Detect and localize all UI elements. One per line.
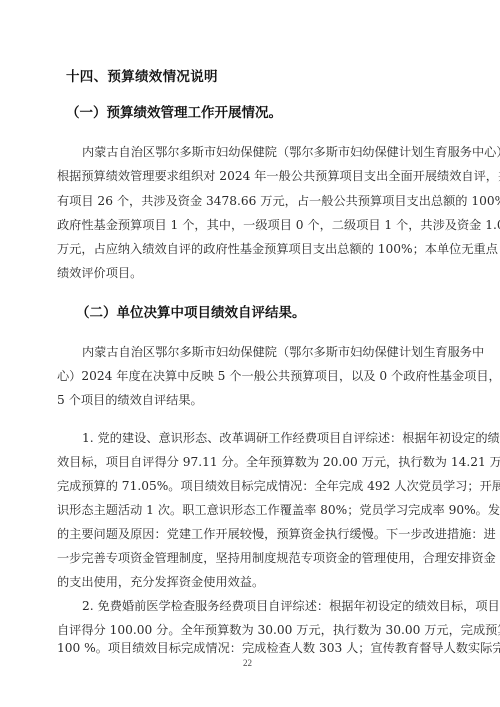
paragraph-line: 政府性基金预算项目 1 个，其中，一级项目 0 个，二级项目 1 个，共涉及资金… bbox=[57, 217, 445, 233]
item-1-line: 完成预算的 71.05%。项目绩效目标完成情况：全年完成 492 人次党员学习；… bbox=[57, 478, 445, 494]
subsection-heading-1: （一）预算绩效管理工作开展情况。 bbox=[66, 101, 282, 121]
section-title: 十四、预算绩效情况说明 bbox=[66, 65, 218, 85]
item-1-line: 的主要问题及原因：党建工作开展较慢，预算资金执行缓慢。下一步改进措施：进 bbox=[57, 526, 445, 542]
item-2-line: 自评得分 100.00 分。全年预算数为 30.00 万元，执行数为 30.00… bbox=[57, 622, 445, 638]
item-1-line: 一步完善专项资金管理制度，坚持用制度规范专项资金的管理使用，合理安排资金 bbox=[57, 550, 445, 566]
paragraph-line: 内蒙古自治区鄂尔多斯市妇幼保健院（鄂尔多斯市妇幼保健计划生育服务中 bbox=[82, 344, 445, 360]
item-2-line: 2. 免费婚前医学检查服务经费项目自评综述：根据年初设定的绩效目标，项目 bbox=[82, 598, 445, 614]
item-1-line: 1. 党的建设、意识形态、改革调研工作经费项目自评综述：根据年初设定的绩 bbox=[82, 430, 445, 446]
item-1-line: 识形态主题活动 1 次。职工意识形态工作覆盖率 80%；党员学习完成率 90%。… bbox=[57, 502, 445, 518]
paragraph-line: 万元，占应纳入绩效自评的政府性基金预算项目支出总额的 100%；本单位无重点 bbox=[57, 241, 445, 257]
item-1-line: 效目标，项目自评得分 97.11 分。全年预算数为 20.00 万元，执行数为 … bbox=[57, 454, 445, 470]
paragraph-line: 有项目 26 个，共涉及资金 3478.66 万元，占一般公共预算项目支出总额的… bbox=[57, 193, 445, 209]
paragraph-line: 绩效评价项目。 bbox=[57, 265, 445, 281]
page-number: 22 bbox=[243, 658, 252, 668]
subsection-heading-2: （二）单位决算中项目绩效自评结果。 bbox=[76, 301, 306, 321]
paragraph-line: 内蒙古自治区鄂尔多斯市妇幼保健院（鄂尔多斯市妇幼保健计划生育服务中心） bbox=[82, 144, 445, 160]
item-1-line: 的支出使用，充分发挥资金使用效益。 bbox=[57, 574, 445, 590]
paragraph-line: 根据预算绩效管理要求组织对 2024 年一般公共预算项目支出全面开展绩效自评，共 bbox=[57, 168, 445, 184]
document-page: 十四、预算绩效情况说明 （一）预算绩效管理工作开展情况。 内蒙古自治区鄂尔多斯市… bbox=[0, 0, 500, 707]
item-2-line: 100 %。项目绩效目标完成情况：完成检查人数 303 人；宣传教育督导人数实际… bbox=[57, 640, 445, 656]
paragraph-line: 心）2024 年度在决算中反映 5 个一般公共预算项目，以及 0 个政府性基金项… bbox=[57, 368, 445, 384]
paragraph-line: 5 个项目的绩效自评结果。 bbox=[57, 392, 445, 408]
